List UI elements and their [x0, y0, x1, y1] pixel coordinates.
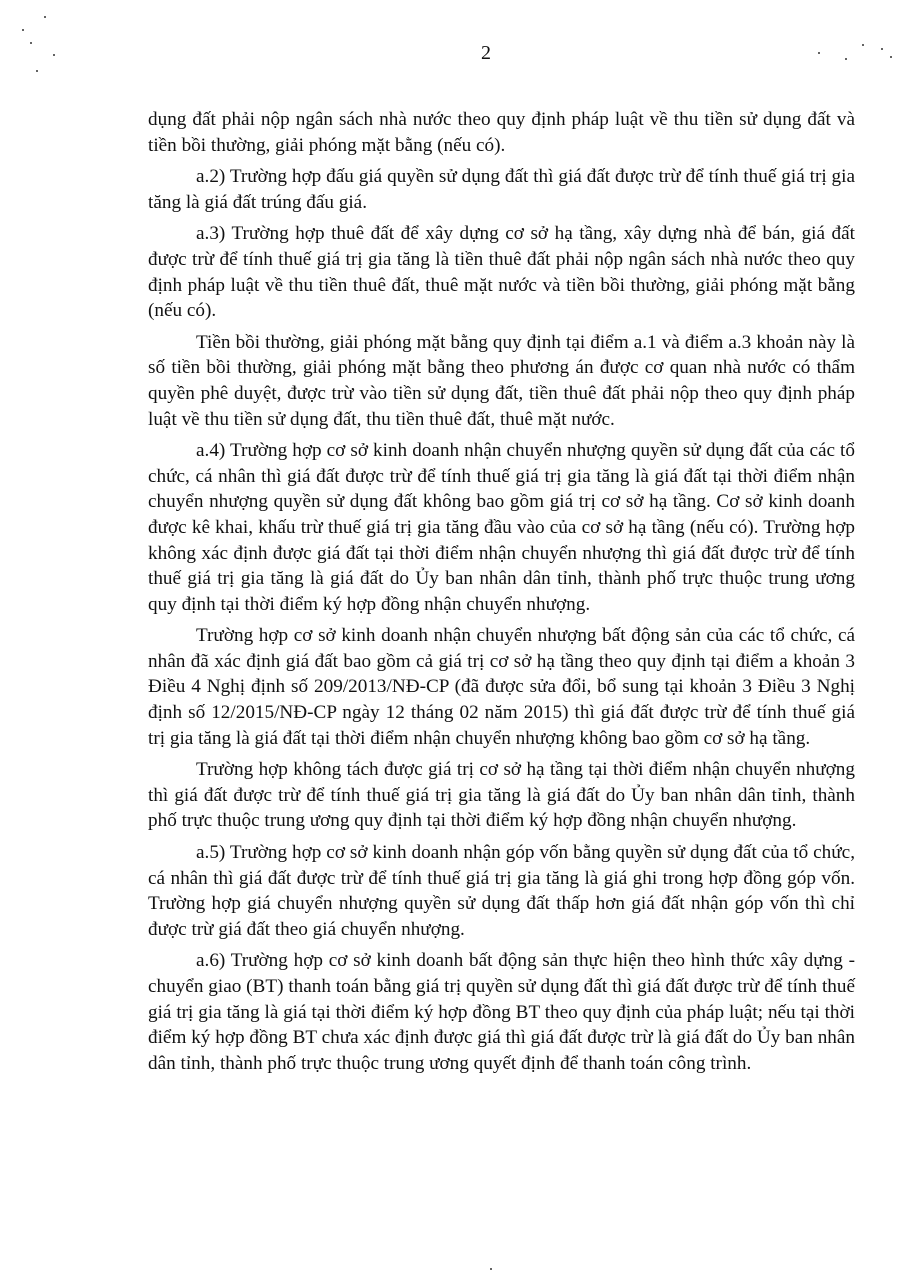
scan-speck [845, 58, 847, 60]
scan-speck [36, 70, 38, 72]
paragraph-a2: a.2) Trường hợp đấu giá quyền sử dụng đấ… [148, 164, 855, 215]
scan-speck [881, 48, 883, 50]
scan-speck [490, 1268, 492, 1270]
scan-speck [30, 42, 32, 44]
scan-speck [53, 54, 55, 56]
paragraph-a4-not-separable: Trường hợp không tách được giá trị cơ sở… [148, 757, 855, 834]
scan-speck [22, 29, 24, 31]
document-body: dụng đất phải nộp ngân sách nhà nước the… [148, 107, 855, 1082]
paragraph-a6: a.6) Trường hợp cơ sở kinh doanh bất độn… [148, 948, 855, 1076]
page-number: 2 [0, 42, 908, 65]
paragraph-compensation: Tiền bồi thường, giải phóng mặt bằng quy… [148, 330, 855, 432]
scan-speck [862, 44, 864, 46]
scan-speck [890, 56, 892, 58]
paragraph-a4: a.4) Trường hợp cơ sở kinh doanh nhận ch… [148, 438, 855, 617]
paragraph-continuation: dụng đất phải nộp ngân sách nhà nước the… [148, 107, 855, 158]
paragraph-a4-real-estate: Trường hợp cơ sở kinh doanh nhận chuyển … [148, 623, 855, 751]
scan-speck [818, 52, 820, 54]
paragraph-a3: a.3) Trường hợp thuê đất để xây dựng cơ … [148, 221, 855, 323]
paragraph-a5: a.5) Trường hợp cơ sở kinh doanh nhận gó… [148, 840, 855, 942]
scan-speck [44, 16, 46, 18]
